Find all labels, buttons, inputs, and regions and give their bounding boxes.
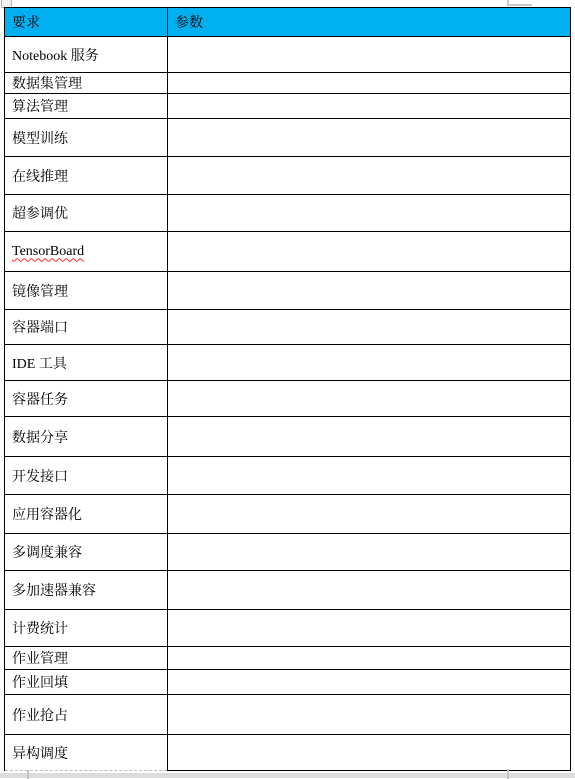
parameter-cell[interactable] [168,495,571,534]
requirement-cell[interactable]: 应用容器化 [5,495,168,534]
requirement-label: 在线推理 [12,170,68,185]
parameter-cell[interactable] [168,457,571,495]
requirement-label: 应用容器化 [12,508,82,523]
requirement-cell[interactable]: 多调度兼容 [5,534,168,571]
requirement-label: 异构调度 [12,747,68,762]
requirement-cell[interactable]: 多加速器兼容 [5,571,168,610]
requirement-cell[interactable]: TensorBoard [5,232,168,272]
table-row: 模型训练 [5,119,571,157]
parameter-cell[interactable] [168,695,571,735]
requirements-table: 要求 参数 Notebook 服务 数据集管理 算法管理 模型训练 在线 [4,7,571,771]
requirement-label: 数据集管理 [12,77,82,92]
document-page: 要求 参数 Notebook 服务 数据集管理 算法管理 模型训练 在线 [0,0,575,779]
requirement-cell[interactable]: 计费统计 [5,610,168,647]
table-row: 应用容器化 [5,495,571,534]
parameter-cell[interactable] [168,37,571,73]
table-row: Notebook 服务 [5,37,571,73]
requirement-cell[interactable]: 作业管理 [5,647,168,670]
table-body: Notebook 服务 数据集管理 算法管理 模型训练 在线推理 超参调优 [5,37,571,771]
table-row: 容器任务 [5,381,571,417]
table-row: 作业回填 [5,670,571,695]
parameter-cell[interactable] [168,195,571,232]
requirement-cell[interactable]: 数据集管理 [5,73,168,94]
table-row: 容器端口 [5,310,571,345]
table-row: 数据集管理 [5,73,571,94]
parameter-cell[interactable] [168,381,571,417]
requirement-cell[interactable]: 作业回填 [5,670,168,695]
parameter-cell[interactable] [168,534,571,571]
requirement-label: 作业管理 [12,652,68,667]
requirement-label: 多加速器兼容 [12,584,96,599]
requirement-cell[interactable]: 算法管理 [5,94,168,119]
requirement-label: Notebook 服务 [12,49,99,64]
requirement-cell[interactable]: 模型训练 [5,119,168,157]
table-row: 在线推理 [5,157,571,195]
requirement-label: IDE 工具 [12,357,67,372]
requirement-cell[interactable]: 作业抢占 [5,695,168,735]
table-row: 数据分享 [5,417,571,457]
parameter-cell[interactable] [168,610,571,647]
requirement-label: 多调度兼容 [12,546,82,561]
requirement-label: 镜像管理 [12,285,68,300]
table-row: 多调度兼容 [5,534,571,571]
page-margin-tick [507,769,509,779]
requirement-cell[interactable]: 镜像管理 [5,272,168,310]
parameter-cell[interactable] [168,94,571,119]
table-header: 要求 参数 [5,8,571,37]
requirement-label: 开发接口 [12,470,68,485]
parameter-cell[interactable] [168,310,571,345]
requirement-label: 容器端口 [12,321,68,336]
requirement-cell[interactable]: 容器端口 [5,310,168,345]
parameter-cell[interactable] [168,157,571,195]
page-margin-tick [27,770,29,779]
requirement-label: 作业抢占 [12,709,68,724]
requirement-cell[interactable]: 数据分享 [5,417,168,457]
requirement-label: 模型训练 [12,132,68,147]
requirement-cell[interactable]: 超参调优 [5,195,168,232]
requirement-cell[interactable]: IDE 工具 [5,345,168,381]
table-row: 作业管理 [5,647,571,670]
table-row: 算法管理 [5,94,571,119]
requirement-label: TensorBoard [12,244,84,259]
requirement-label: 计费统计 [12,622,68,637]
requirement-cell[interactable]: 容器任务 [5,381,168,417]
parameter-cell[interactable] [168,73,571,94]
parameter-cell[interactable] [168,670,571,695]
table-row: 作业抢占 [5,695,571,735]
parameter-cell[interactable] [168,417,571,457]
requirement-label: 数据分享 [12,431,68,446]
parameter-cell[interactable] [168,647,571,670]
table-row: TensorBoard [5,232,571,272]
ruler-mark-icon [508,4,532,6]
requirement-label: 超参调优 [12,207,68,222]
parameter-cell[interactable] [168,571,571,610]
requirement-cell[interactable]: 异构调度 [5,735,168,771]
table-row: 镜像管理 [5,272,571,310]
table-row: 超参调优 [5,195,571,232]
header-cell-parameter[interactable]: 参数 [168,8,571,37]
requirement-label: 容器任务 [12,393,68,408]
parameter-cell[interactable] [168,272,571,310]
table-row: 计费统计 [5,610,571,647]
header-row: 要求 参数 [5,8,571,37]
ruler-mark-icon [507,0,509,6]
parameter-cell[interactable] [168,735,571,771]
table-row: IDE 工具 [5,345,571,381]
table-row: 异构调度 [5,735,571,771]
parameter-cell[interactable] [168,345,571,381]
table-row: 多加速器兼容 [5,571,571,610]
header-cell-requirement[interactable]: 要求 [5,8,168,37]
page-break-band [0,773,575,778]
requirement-cell[interactable]: 在线推理 [5,157,168,195]
parameter-cell[interactable] [168,119,571,157]
table-row: 开发接口 [5,457,571,495]
requirement-label: 作业回填 [12,676,68,691]
requirement-cell[interactable]: Notebook 服务 [5,37,168,73]
requirement-label: 算法管理 [12,100,68,115]
requirement-cell[interactable]: 开发接口 [5,457,168,495]
parameter-cell[interactable] [168,232,571,272]
